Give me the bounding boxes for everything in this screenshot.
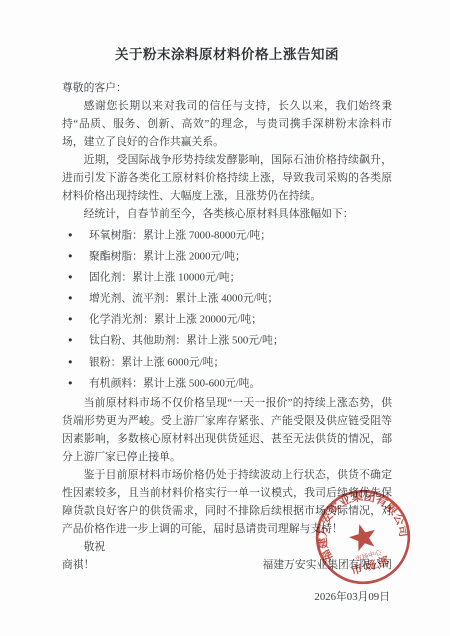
price-item-text: 有机颜料：累计上涨 500-600元/吨。 [89,377,260,389]
bullet-dot-icon: ● [68,288,89,308]
price-item-text: 钛白粉、其他助剂：累计上涨 500元/吨； [89,335,284,347]
list-item: ●化学消光剂：累计上涨 20000元/吨； [68,309,392,330]
list-item: ●增光剂、流平剂：累计上涨 4000元/吨； [68,288,392,309]
price-item-text: 银粉：累计上涨 6000元/吨； [89,356,224,368]
price-item-text: 增光剂、流平剂：累计上涨 4000元/吨； [89,293,278,305]
price-item-text: 固化剂：累计上涨 10000元/吨； [89,272,240,284]
bullet-dot-icon: ● [68,225,89,245]
salutation: 尊敬的客户： [62,79,392,97]
paragraph-market-situation: 近期，受国际战争形势持续发酵影响，国际石油价格持续飙升，进而引发下游各类化工原材… [62,151,392,205]
bullet-dot-icon: ● [68,267,89,287]
paragraph-thanks: 感谢您长期以来对我司的信任与支持，长久以来，我们始终秉持“品质、服务、创新、高效… [62,97,392,151]
closing-jingzhu: 敬祝 [62,538,392,556]
bullet-dot-icon: ● [68,373,89,393]
signature-row: 商祺！ 福建万安实业集团有限公司 [62,556,392,574]
closing-shangqi: 商祺！ [62,556,94,574]
price-increase-list: ●环氧树脂：累计上涨 7000-8000元/吨； ●聚酯树脂：累计上涨 2000… [62,225,392,394]
list-item: ●固化剂：累计上涨 10000元/吨； [68,267,392,288]
bullet-dot-icon: ● [68,246,89,266]
bullet-dot-icon: ● [68,352,89,372]
price-item-text: 环氧树脂：累计上涨 7000-8000元/吨； [89,230,271,242]
list-item: ●银粉：累计上涨 6000元/吨； [68,352,392,373]
signature-date-row: 2026年03月09日 [62,588,392,606]
paragraph-pricing-policy: 鉴于目前原材料市场价格仍处于持续波动上行状态，供货不确定性因素较多，且当前材料价… [62,466,392,538]
signature-date: 2026年03月09日 [314,591,390,603]
price-item-text: 聚酯树脂：累计上涨 2000元/吨； [89,251,246,263]
bullet-dot-icon: ● [68,309,89,329]
list-item: ●聚酯树脂：累计上涨 2000元/吨； [68,246,392,267]
paragraph-stats-intro: 经统计，自春节前至今，各类核心原材料具体涨幅如下： [62,205,392,223]
paragraph-supply-situation: 当前原材料市场不仅价格呈现“一天一报价”的持续上涨态势，供货端形势更为严峻。受上… [62,394,392,466]
list-item: ●有机颜料：累计上涨 500-600元/吨。 [68,373,392,394]
notice-letter-page: 关于粉末涂料原材料价格上涨告知函 尊敬的客户： 感谢您长期以来对我司的信任与支持… [0,0,450,636]
list-item: ●钛白粉、其他助剂：累计上涨 500元/吨； [68,330,392,351]
signature-company: 福建万安实业集团有限公司 [262,556,392,574]
document-title: 关于粉末涂料原材料价格上涨告知函 [62,46,392,64]
price-item-text: 化学消光剂：累计上涨 20000元/吨； [89,314,262,326]
bullet-dot-icon: ● [68,330,89,350]
list-item: ●环氧树脂：累计上涨 7000-8000元/吨； [68,225,392,246]
